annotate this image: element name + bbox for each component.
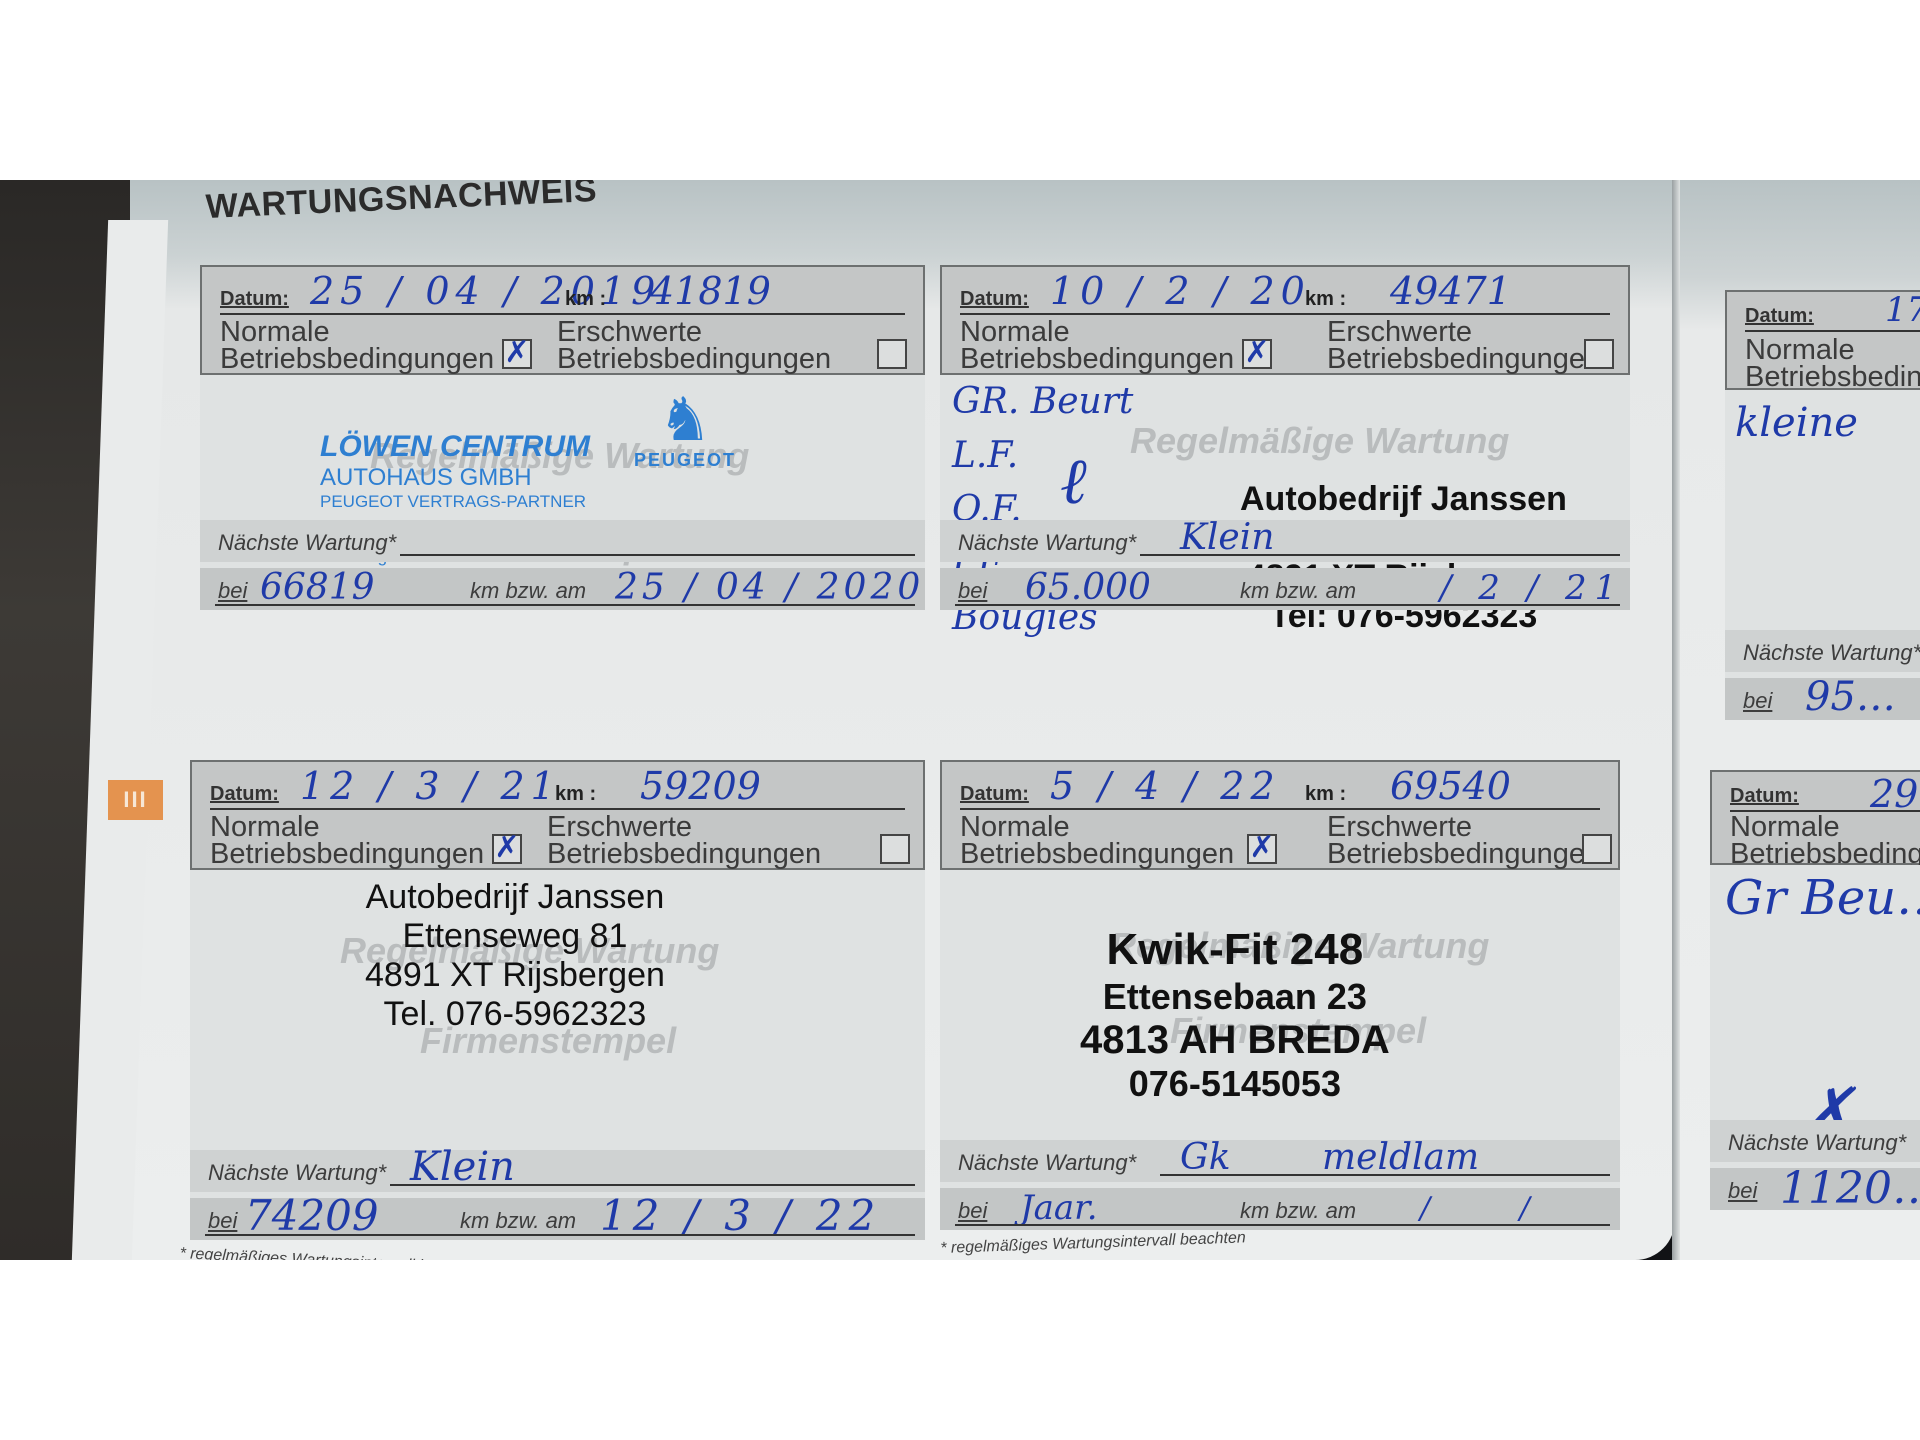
next-service-row: Nächste Wartung* Klein (940, 520, 1630, 562)
dealer-stamp: LÖWEN CENTRUM AUTOHAUS GMBH PEUGEOT VERT… (320, 430, 638, 587)
normal-conditions-checkbox[interactable]: ✗ (492, 834, 522, 864)
km-value: 59209 (640, 764, 761, 808)
entry-body: Regelmäßige Wartung Firmenstempel Autobe… (190, 870, 925, 1240)
entry-body: Gr Beu… ✗ Nächste Wartung* bei 1120… (1710, 865, 1920, 1210)
next-date-value: 25 / 04 / 2020 (615, 567, 924, 608)
normal-conditions-checkbox[interactable]: ✗ (1247, 834, 1277, 864)
date-value: 17 (1885, 290, 1920, 330)
normal-conditions-checkbox[interactable]: ✗ (1242, 339, 1272, 369)
footnote: * regelmäßiges Wartungsintervall beachte… (179, 1245, 485, 1260)
next-date-value: / 2 / 21 (1440, 568, 1624, 608)
next-km-date-row: bei Jaar. km bzw. am / / (940, 1188, 1620, 1230)
datum-label: Datum: (210, 783, 279, 806)
next-km-value: 66819 (260, 567, 375, 608)
next-km-date-row: bei 74209 km bzw. am 12 / 3 / 22 (190, 1198, 925, 1240)
datum-label: Datum: (220, 288, 289, 311)
normal-conditions-label: NormaleBetriebsbedingungen (960, 319, 1234, 373)
handwritten-notes: Gr Beu… (1725, 870, 1920, 926)
peugeot-logo: ♞ PEUGEOT (630, 390, 740, 471)
date-value: 12 / 3 / 21 (300, 764, 561, 808)
workshop-stamp: Kwik-Fit 248 Ettensebaan 23 4813 AH BRED… (1080, 925, 1390, 1104)
next-km-value: 74209 (245, 1191, 379, 1240)
entry-header: Datum: 17 NormaleBetriebsbedingungen (1725, 290, 1920, 390)
entry-header: Datum: 5 / 4 / 22 km : 69540 NormaleBetr… (940, 760, 1620, 870)
entry-header: Datum: 29 NormaleBetriebsbedingungen (1710, 770, 1920, 865)
difficult-conditions-checkbox[interactable] (1582, 834, 1612, 864)
entry-body: Regelmäßige Wartung Firmenstempel Kwik-F… (940, 870, 1620, 1230)
normal-conditions-label: NormaleBetriebsbedingungen (210, 814, 484, 868)
next-date-value: / / (1420, 1191, 1570, 1226)
booklet-photo: WARTUNGSNACHWEIS Datum: 25 / 04 / 2019 k… (0, 180, 1920, 1260)
next-service-value: Klein (1180, 517, 1274, 558)
km-label: km : (565, 288, 606, 311)
km-value: 49471 (1390, 269, 1511, 313)
handwritten-notes: kleine (1735, 400, 1858, 446)
watermark-regular-service: Regelmäßige Wartung (1130, 420, 1509, 462)
datum-label: Datum: (1745, 305, 1814, 328)
next-km-date-row: bei 66819 km bzw. am 25 / 04 / 2020 (200, 568, 925, 610)
footnote: * regelmäßiges Wartungsintervall beachte… (940, 1229, 1246, 1258)
next-service-row: Nächste Wartung* Gk meldlam (940, 1140, 1620, 1182)
next-km-date-row: bei 65.000 km bzw. am / 2 / 21 (940, 568, 1630, 610)
difficult-conditions-label: ErschwerteBetriebsbedingungen (1327, 319, 1601, 373)
service-entry-2: Datum: 10 / 2 / 20 km : 49471 NormaleBet… (940, 265, 1630, 610)
page-left: WARTUNGSNACHWEIS Datum: 25 / 04 / 2019 k… (130, 180, 1675, 1260)
book-gutter (1672, 180, 1680, 1260)
page-right-partial: Datum: 17 NormaleBetriebsbedingungen kle… (1680, 180, 1920, 1260)
page-title: WARTUNGSNACHWEIS (205, 180, 598, 227)
difficult-conditions-label: ErschwerteBetriebsbedingungen (1327, 814, 1601, 868)
difficult-conditions-checkbox[interactable] (880, 834, 910, 864)
service-entry-4: Datum: 5 / 4 / 22 km : 69540 NormaleBetr… (940, 760, 1620, 1230)
difficult-conditions-label: ErschwerteBetriebsbedingungen (547, 814, 821, 868)
next-km-date-row: bei 95… (1725, 678, 1920, 720)
normal-conditions-label: NormaleBetriebsbedingungen (1745, 337, 1920, 391)
next-km-date-row: bei 1120… (1710, 1168, 1920, 1210)
date-value: 29 (1870, 772, 1918, 816)
entry-body: Regelmäßige Wartung Firmenstempel LÖWEN … (200, 375, 925, 610)
lion-icon: ♞ (630, 390, 740, 450)
entry-header: Datum: 10 / 2 / 20 km : 49471 NormaleBet… (940, 265, 1630, 375)
section-tab: III (108, 780, 163, 820)
service-entry-6-partial: Datum: 29 NormaleBetriebsbedingungen Gr … (1710, 770, 1920, 1210)
datum-label: Datum: (960, 783, 1029, 806)
next-service-row: Nächste Wartung* (1725, 630, 1920, 672)
date-value: 25 / 04 / 2019 (310, 269, 661, 313)
entry-body: kleine Nächste Wartung* bei 95… (1725, 390, 1920, 720)
km-label: km : (1305, 783, 1346, 806)
service-entry-1: Datum: 25 / 04 / 2019 km : 41819 Normale… (200, 265, 925, 610)
signature: ℓ (1060, 445, 1087, 519)
service-entry-3: Datum: 12 / 3 / 21 km : 59209 NormaleBet… (190, 760, 925, 1240)
next-service-row: Nächste Wartung* Klein (190, 1150, 925, 1192)
entry-header: Datum: 25 / 04 / 2019 km : 41819 Normale… (200, 265, 925, 375)
next-km-value: 1120… (1780, 1163, 1920, 1214)
difficult-conditions-label: ErschwerteBetriebsbedingungen (557, 319, 831, 373)
normal-conditions-checkbox[interactable]: ✗ (502, 339, 532, 369)
entry-body: Regelmäßige Wartung Firmenstempel GR. Be… (940, 375, 1630, 610)
difficult-conditions-checkbox[interactable] (877, 339, 907, 369)
next-km-value: 65.000 (1025, 567, 1151, 608)
next-date-value: 12 / 3 / 22 (600, 1191, 881, 1240)
km-label: km : (555, 783, 596, 806)
next-km-value: 95… (1805, 674, 1896, 720)
normal-conditions-label: NormaleBetriebsbedingungen (960, 814, 1234, 868)
next-service-row: Nächste Wartung* (1710, 1120, 1920, 1162)
datum-label: Datum: (1730, 785, 1799, 808)
date-value: 10 / 2 / 20 (1050, 269, 1311, 313)
entry-header: Datum: 12 / 3 / 21 km : 59209 NormaleBet… (190, 760, 925, 870)
next-service-value: Gk meldlam (1180, 1137, 1479, 1178)
normal-conditions-label: NormaleBetriebsbedingungen (220, 319, 494, 373)
next-km-value: Jaar. (1020, 1188, 1098, 1228)
workshop-stamp: Autobedrijf Janssen Ettenseweg 81 4891 X… (365, 878, 665, 1034)
km-value: 41819 (650, 269, 771, 313)
date-value: 5 / 4 / 22 (1050, 764, 1281, 808)
datum-label: Datum: (960, 288, 1029, 311)
km-value: 69540 (1390, 764, 1511, 808)
service-entry-5-partial: Datum: 17 NormaleBetriebsbedingungen kle… (1725, 290, 1920, 720)
km-label: km : (1305, 288, 1346, 311)
difficult-conditions-checkbox[interactable] (1584, 339, 1614, 369)
normal-conditions-label: NormaleBetriebsbedingungen (1730, 814, 1920, 868)
next-service-row: Nächste Wartung* (200, 520, 925, 562)
